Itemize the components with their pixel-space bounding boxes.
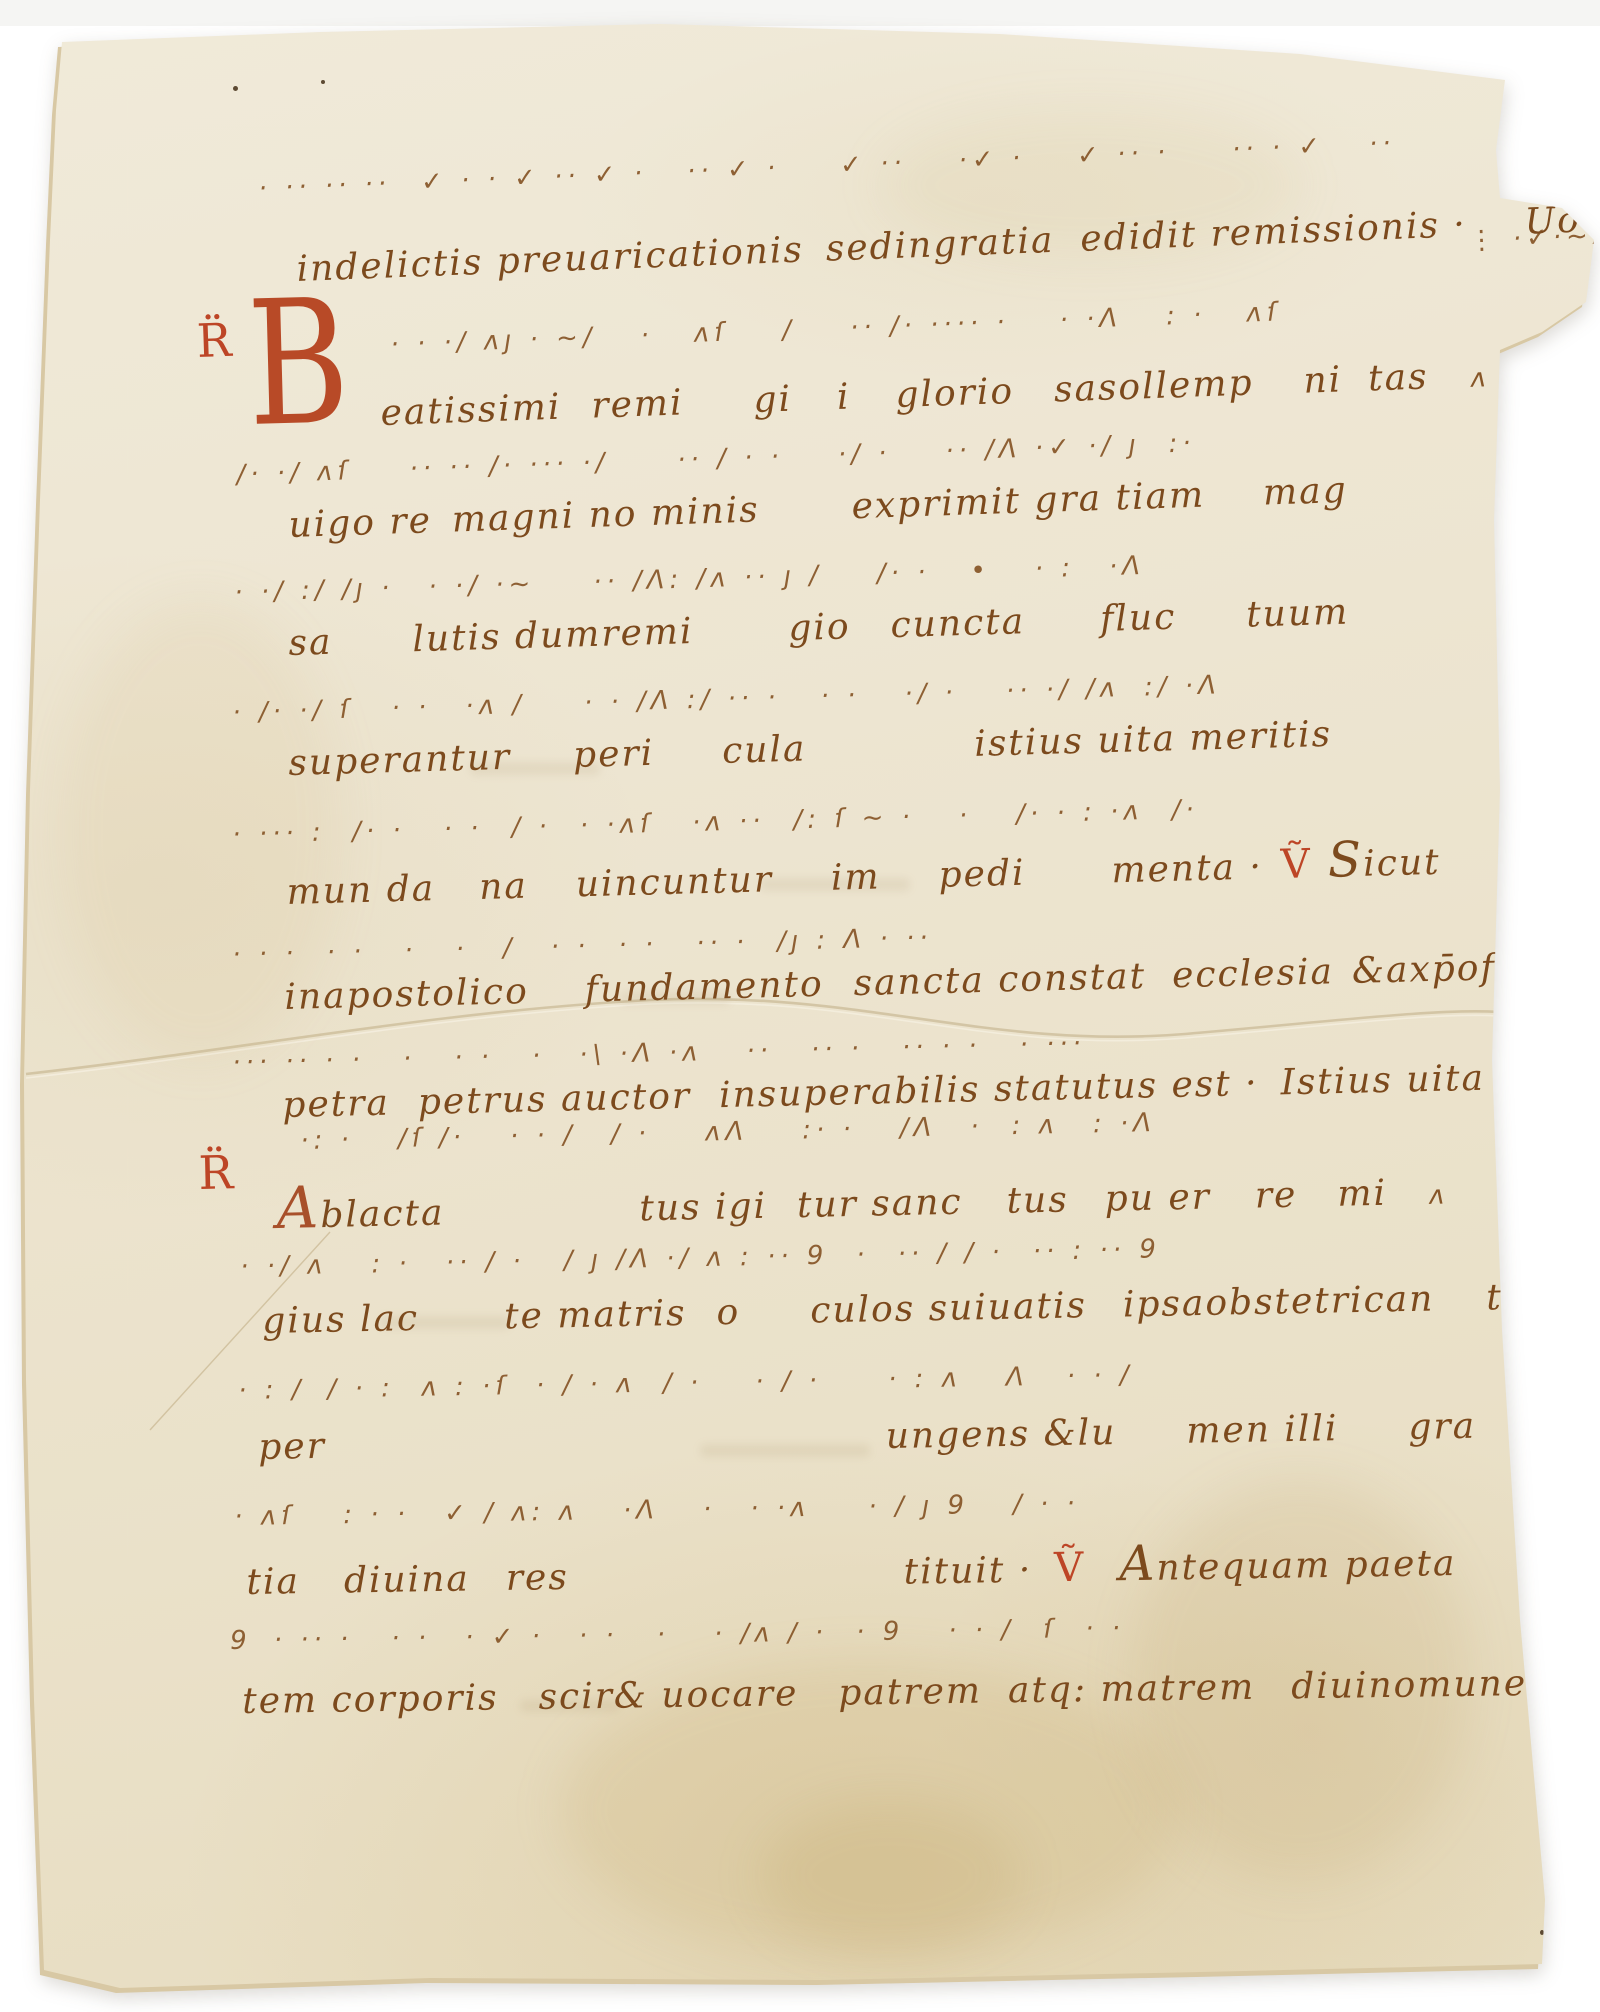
neume-group: · · xyxy=(820,680,861,711)
word-group: diuina xyxy=(344,1558,471,1601)
word-group: na xyxy=(479,866,529,908)
spacing-gap xyxy=(823,582,877,584)
spacing-gap xyxy=(1086,1580,1120,1581)
neume-group: ··· ·· · · xyxy=(232,1045,365,1078)
spacing-gap xyxy=(597,344,641,346)
spacing-gap xyxy=(703,1059,747,1060)
spacing-gap xyxy=(352,477,410,479)
neume-group: :/ ·Λ xyxy=(1144,670,1222,702)
spacing-gap xyxy=(1026,882,1112,884)
spacing-gap xyxy=(915,824,959,825)
neume-group: · /ʌ / · xyxy=(714,1618,829,1650)
spacing-gap xyxy=(962,1386,1006,1387)
spacing-gap xyxy=(526,711,584,713)
neume-group: · ·· ·· ·· xyxy=(258,169,392,204)
word-group: lutis dumremi xyxy=(412,611,694,660)
spacing-gap xyxy=(1075,575,1109,576)
word-group: ecclesia xyxy=(1172,951,1335,996)
spacing-gap xyxy=(412,1271,446,1272)
spacing-gap xyxy=(936,1135,970,1136)
neume-group: · · xyxy=(550,931,591,962)
neume-group: ·· : ·· 9 xyxy=(1032,1234,1161,1266)
word-group: sasollemp xyxy=(1053,363,1254,411)
word-group: ni xyxy=(1303,359,1343,401)
spacing-gap xyxy=(1120,696,1144,697)
word-group: ntequam paeta xyxy=(1156,1543,1457,1589)
word-group: icut xyxy=(1363,842,1441,885)
spacing-gap xyxy=(647,180,687,182)
spacing-gap xyxy=(432,714,466,715)
word-group: mi xyxy=(1337,1173,1388,1215)
word-group: sa xyxy=(288,622,333,664)
spacing-gap xyxy=(1069,1211,1105,1212)
word-group: petra xyxy=(282,1083,390,1126)
spacing-gap xyxy=(494,1064,532,1065)
spacing-gap xyxy=(432,532,452,533)
versus-mark-1: Ṽ xyxy=(1280,840,1312,888)
neume-group: ſ xyxy=(1043,1614,1058,1644)
neume-group: ·· · xyxy=(811,1034,865,1065)
spacing-gap xyxy=(545,1063,579,1064)
word-group: gio xyxy=(788,606,851,649)
word-group: superantur xyxy=(288,737,512,784)
neume-group: · : / xyxy=(238,1375,306,1406)
spacing-gap xyxy=(416,1066,454,1067)
neume-group: ·· xyxy=(1368,128,1396,159)
word-group: culos suiuatis xyxy=(810,1285,1087,1331)
word-group: tem corporis xyxy=(242,1677,499,1722)
spacing-gap xyxy=(469,956,503,957)
spacing-gap xyxy=(829,1263,857,1264)
neume-group: · ·/ ʌ xyxy=(240,1250,328,1282)
neume-group: · / · xyxy=(755,1366,822,1397)
spacing-gap xyxy=(365,1067,403,1068)
spacing-gap xyxy=(1177,627,1247,629)
neume-group: · · xyxy=(391,692,432,723)
neume-group: ·Λ xyxy=(1109,551,1146,582)
spacing-gap xyxy=(395,595,429,596)
spacing-gap xyxy=(1029,1385,1067,1386)
word-group: te xyxy=(1486,1277,1527,1319)
responsory-mark-1: R̈ xyxy=(196,317,232,364)
word-group: eatissimi xyxy=(380,387,562,434)
spacing-gap xyxy=(1146,987,1172,988)
word-group: ungens &lu xyxy=(885,1412,1116,1457)
neume-group: 9 xyxy=(230,1626,252,1656)
spacing-gap xyxy=(659,1518,703,1519)
spacing-gap xyxy=(799,1705,839,1706)
spacing-gap xyxy=(1207,322,1247,323)
spacing-gap xyxy=(703,1390,755,1391)
spacing-gap xyxy=(552,834,580,835)
speck xyxy=(1540,1930,1544,1935)
spacing-gap xyxy=(535,590,593,592)
neume-group: / ȷ /Λ ·/ ʌ : ·· 9 xyxy=(564,1241,829,1276)
word-group: R̈ xyxy=(196,313,233,368)
word-group: tuum xyxy=(1246,592,1350,636)
neume-group: /: ſ ~ · xyxy=(793,802,915,835)
page: · ·· ·· ··✓ · · ✓ ·· ✓ ··· ✓ ·✓ ···✓ ·✓ … xyxy=(0,0,1600,2012)
spacing-gap xyxy=(1255,1698,1291,1699)
spacing-gap xyxy=(1087,1316,1123,1317)
neume-group: · ·· · xyxy=(274,1624,354,1655)
neume-group: : · xyxy=(1166,300,1207,331)
spacing-gap xyxy=(526,1269,564,1270)
neume-group: · · xyxy=(618,930,659,961)
spacing-gap xyxy=(1254,393,1304,395)
word-group: tituit · xyxy=(903,1550,1032,1593)
word-group: S xyxy=(1327,832,1364,889)
spacing-gap xyxy=(569,1584,904,1589)
spacing-gap xyxy=(406,837,444,838)
spacing-gap xyxy=(1339,1439,1409,1440)
neume-group: ʌſ xyxy=(1246,297,1282,328)
spacing-gap xyxy=(354,717,392,718)
spacing-gap xyxy=(984,1134,1012,1135)
spacing-gap xyxy=(591,954,619,955)
spacing-gap xyxy=(367,959,405,960)
neume-group: /· ·/ ʌſ xyxy=(236,456,352,490)
neume-group: · ·ʌſ xyxy=(579,809,654,841)
neume-group: :· · xyxy=(802,1114,856,1145)
spacing-gap xyxy=(694,640,789,643)
word-group: A xyxy=(1119,1536,1157,1593)
neume-group: ·· · ✓ xyxy=(1231,131,1325,165)
neume-group: · /· ·/ ſ xyxy=(232,695,354,728)
spacing-gap xyxy=(658,952,696,953)
neume-group: · ·/ :/ /ȷ · xyxy=(234,573,395,608)
spacing-gap xyxy=(969,1513,1013,1514)
neume-group: ·· / / · xyxy=(897,1237,1005,1269)
spacing-gap xyxy=(796,336,850,338)
spacing-gap xyxy=(1348,496,1513,501)
neume-group: ·ʌ / xyxy=(465,690,527,722)
word-group: nę xyxy=(1512,463,1562,506)
spacing-gap xyxy=(654,342,694,343)
neume-group: · · / xyxy=(510,1120,577,1151)
spacing-gap xyxy=(824,995,854,996)
word-group: inapostolico xyxy=(284,971,529,1018)
neume-group: · : xyxy=(1034,553,1075,584)
neume-group: · · / xyxy=(948,1615,1015,1646)
word-group: pu er xyxy=(1104,1176,1211,1219)
spacing-gap xyxy=(1025,631,1100,633)
word-group: Uocemea· xyxy=(1524,194,1600,243)
neume-group: : ·Λ xyxy=(1093,1108,1157,1139)
spacing-gap xyxy=(435,899,479,900)
neume-group: · · xyxy=(454,1042,494,1073)
marginal-neume: ʌ xyxy=(1470,363,1488,394)
neume-group: :· xyxy=(1168,428,1196,459)
neume-group: Λ xyxy=(1006,1362,1029,1392)
word-group: pedi xyxy=(938,853,1026,896)
spacing-gap xyxy=(784,463,838,465)
spacing-gap xyxy=(499,1709,539,1710)
spacing-gap xyxy=(619,1643,657,1644)
spacing-gap xyxy=(740,1322,810,1323)
neume-group: ·ʌ ·· xyxy=(692,806,766,838)
spacing-gap xyxy=(691,1107,719,1108)
neume-group: / xyxy=(503,933,517,963)
neume-group: · · · xyxy=(232,938,299,970)
initial-a-glyph: A xyxy=(276,1174,321,1242)
neume-group: · xyxy=(403,1044,417,1074)
spacing-gap xyxy=(991,577,1035,578)
word-group: gius lac xyxy=(262,1298,420,1342)
spacing-gap xyxy=(856,1136,900,1137)
spacing-gap xyxy=(804,261,826,262)
initial-B: B xyxy=(246,295,376,432)
spacing-gap xyxy=(418,958,456,959)
spacing-gap xyxy=(390,1114,418,1115)
word-group: o xyxy=(716,1292,740,1333)
spacing-gap xyxy=(1298,1206,1338,1207)
speck xyxy=(321,80,325,84)
spacing-gap xyxy=(445,1220,640,1224)
neume-group: ·· /· ···· · xyxy=(849,307,1010,343)
spacing-gap xyxy=(1144,818,1172,819)
spacing-gap xyxy=(870,1262,898,1263)
spacing-gap xyxy=(1435,1309,1487,1310)
neume-group: · xyxy=(703,1494,717,1524)
word-group: sancta constat xyxy=(853,956,1146,1004)
spacing-gap xyxy=(517,955,551,956)
word-group: gra xyxy=(1408,1406,1476,1448)
spacing-gap xyxy=(1059,1132,1093,1133)
neume-group: · xyxy=(455,934,469,964)
spacing-gap xyxy=(511,767,573,769)
word-group: diuinomunere xyxy=(1291,1662,1570,1707)
neume-group: · : ʌ xyxy=(888,1363,962,1394)
spacing-gap xyxy=(958,699,1006,700)
spacing-gap xyxy=(748,1138,802,1139)
word-group: ipsaobstetrican xyxy=(1123,1278,1435,1325)
spacing-gap xyxy=(811,1515,869,1516)
neume-group: · · xyxy=(443,813,484,844)
neume-group: / · xyxy=(511,812,552,843)
neume-group: · xyxy=(970,1112,984,1142)
neume-group: · · xyxy=(579,1621,619,1652)
neume-group: ·Λ xyxy=(623,1495,660,1526)
neume-group: : · · xyxy=(343,1499,410,1530)
neume-group: ·· ·/ /ʌ xyxy=(1005,673,1120,706)
neume-group: · ·Λ xyxy=(1059,303,1123,335)
spacing-gap xyxy=(851,637,891,638)
spacing-gap xyxy=(807,756,975,761)
neume-group: ✓ / ʌ: ʌ xyxy=(444,1497,579,1529)
spacing-gap xyxy=(1122,325,1166,327)
word-group: petrus auctor xyxy=(417,1076,691,1123)
spacing-gap xyxy=(295,1523,343,1524)
spacing-gap xyxy=(670,1642,714,1643)
spacing-gap xyxy=(781,705,821,706)
word-group: uigo re xyxy=(288,500,433,546)
neume-group: · xyxy=(657,1620,671,1650)
neume-group: ·· · xyxy=(696,927,750,958)
spacing-gap xyxy=(767,1217,797,1218)
word-group: blacta xyxy=(320,1192,445,1236)
neume-group: ʌſ xyxy=(693,318,729,349)
word-group: mun da xyxy=(286,868,435,913)
word-group: mag xyxy=(1262,470,1348,514)
spacing-gap xyxy=(1343,390,1369,391)
spacing-gap xyxy=(579,1519,623,1520)
neume-group: /ȷ : Λ · ·· xyxy=(777,923,933,957)
neume-group: ✓ ·· xyxy=(839,148,907,181)
spacing-gap xyxy=(716,1517,750,1518)
spacing-gap xyxy=(1170,158,1232,160)
spacing-gap xyxy=(861,702,905,703)
word-group: menta · xyxy=(1111,846,1263,891)
word-group: tus xyxy=(1006,1179,1069,1221)
spacing-gap xyxy=(391,190,421,191)
spacing-gap xyxy=(972,822,1016,823)
spacing-gap xyxy=(780,174,840,176)
word-group: atq: matrem xyxy=(1008,1667,1256,1711)
spacing-gap xyxy=(1025,164,1077,166)
spacing-gap xyxy=(410,1522,444,1523)
initial-b-glyph: B xyxy=(246,295,351,432)
neume-group: /· · : ·ʌ xyxy=(1016,796,1144,829)
spacing-gap xyxy=(562,418,592,419)
spacing-gap xyxy=(907,169,959,171)
versus-mark-2: Ṽ xyxy=(1054,1544,1086,1591)
word-group: men illi xyxy=(1186,1408,1339,1452)
spacing-gap xyxy=(1325,152,1369,154)
spacing-gap xyxy=(1010,328,1060,330)
neume-group: · ··· xyxy=(1019,1029,1086,1060)
spacing-gap xyxy=(1141,452,1169,453)
neume-group: / xyxy=(782,315,797,345)
word-group: fundamento xyxy=(584,964,824,1011)
neume-group: · xyxy=(404,935,418,965)
spacing-gap xyxy=(333,651,413,653)
word-group: i xyxy=(836,377,851,418)
spacing-gap xyxy=(684,412,754,414)
neume-group: ·· / · xyxy=(445,1247,526,1279)
word-group: res xyxy=(505,1557,569,1599)
spacing-gap xyxy=(528,896,576,897)
spacing-gap xyxy=(654,763,722,765)
spacing-gap xyxy=(529,1002,585,1003)
spacing-gap xyxy=(881,887,939,889)
neume-group: · ·ʌ xyxy=(750,1493,811,1524)
spacing-gap xyxy=(864,1056,902,1057)
speck xyxy=(1543,1786,1548,1791)
spacing-gap xyxy=(1387,1204,1429,1205)
spacing-gap xyxy=(851,407,896,409)
spacing-gap xyxy=(1211,1208,1255,1209)
word-group: sedingratia xyxy=(825,220,1055,270)
neume-group: /· · xyxy=(876,557,930,589)
marginal-neume: ʌ xyxy=(1429,1180,1447,1210)
word-group: peri xyxy=(573,733,655,776)
spacing-gap xyxy=(419,1328,504,1330)
spacing-gap xyxy=(1055,251,1081,252)
spacing-gap xyxy=(466,1145,510,1146)
spacing-gap xyxy=(300,1592,344,1593)
spacing-gap xyxy=(1117,1443,1187,1444)
spacing-gap xyxy=(963,1213,1007,1214)
word-group: &axp̄ofirma xyxy=(1351,945,1588,992)
word-group: fluc xyxy=(1099,597,1176,640)
word-group: te matris xyxy=(504,1293,687,1337)
responsory-mark-2: R̈ xyxy=(198,1149,234,1196)
spacing-gap xyxy=(353,1647,391,1648)
neume-group: ·/ · xyxy=(837,438,892,470)
spacing-gap xyxy=(729,339,783,341)
word-group: remi xyxy=(591,382,685,426)
neume-group: ʌΛ xyxy=(705,1117,749,1148)
neume-group: / · xyxy=(610,1119,651,1150)
neume-group: /· xyxy=(1171,795,1199,826)
spacing-gap xyxy=(328,1272,372,1273)
neume-group: : · xyxy=(371,1249,412,1280)
neume-group: · · xyxy=(326,937,367,968)
spacing-gap xyxy=(822,1388,888,1389)
parchment-leaf: · ·· ·· ··✓ · · ✓ ·· ✓ ··· ✓ ·✓ ···✓ ·✓ … xyxy=(0,0,1600,2012)
spacing-gap xyxy=(470,1590,506,1591)
neume-group: · xyxy=(959,801,973,831)
spacing-gap xyxy=(982,1053,1020,1054)
spacing-gap xyxy=(773,890,831,892)
word-group: R̈ xyxy=(198,1145,234,1200)
spacing-gap xyxy=(577,1142,611,1143)
neume-group: ✓ ·· · xyxy=(1076,137,1170,171)
word-group: im xyxy=(830,856,881,898)
word-group: per xyxy=(258,1426,326,1468)
word-group: re xyxy=(1254,1175,1297,1217)
neume-group: : ʌ xyxy=(1011,1110,1059,1141)
neume-group: · · /Λ :/ ·· · xyxy=(584,683,781,718)
neume-group: ·· / · · xyxy=(677,442,785,476)
spacing-gap xyxy=(610,468,678,470)
neume-group: · xyxy=(640,320,654,350)
neume-group: ·/ · xyxy=(904,678,958,709)
neume-group: · · / xyxy=(1067,1360,1134,1391)
neume-group: • xyxy=(970,556,991,587)
stain xyxy=(760,1800,1020,1950)
parchment-leaf-wrap: · ·· ·· ··✓ · · ✓ ·· ✓ ··· ✓ ·✓ ···✓ ·✓ … xyxy=(0,0,1600,2012)
speck xyxy=(233,86,238,91)
neume-group: ·· · · xyxy=(902,1031,982,1063)
word-group: tas xyxy=(1367,356,1429,399)
spacing-gap xyxy=(749,950,777,951)
neume-group: / · · xyxy=(1013,1489,1080,1520)
neume-group: /ſ /· xyxy=(397,1123,466,1154)
spacing-gap xyxy=(654,831,692,832)
spacing-gap xyxy=(892,459,946,461)
spacing-gap xyxy=(651,1141,705,1142)
spacing-gap xyxy=(1005,1260,1033,1261)
neume-group: · ·/ ·~ xyxy=(428,569,536,602)
neume-group: · · xyxy=(1085,1614,1125,1645)
word-group: patrem xyxy=(838,1671,982,1714)
spacing-gap xyxy=(760,518,852,521)
neume-group: ·✓ · xyxy=(958,143,1026,176)
spacing-gap xyxy=(766,828,794,829)
word-group: scir& uocare xyxy=(538,1673,798,1718)
word-group: tia xyxy=(246,1561,300,1603)
spacing-gap xyxy=(484,836,512,837)
neume-group: · 9 xyxy=(856,1617,904,1648)
word-group: uincuntur xyxy=(575,859,773,905)
spacing-gap xyxy=(1429,387,1471,388)
spacing-gap xyxy=(931,579,971,580)
neume-group: · · xyxy=(391,1623,431,1654)
spacing-gap xyxy=(1467,234,1525,236)
word-group: glorio xyxy=(895,371,1015,416)
